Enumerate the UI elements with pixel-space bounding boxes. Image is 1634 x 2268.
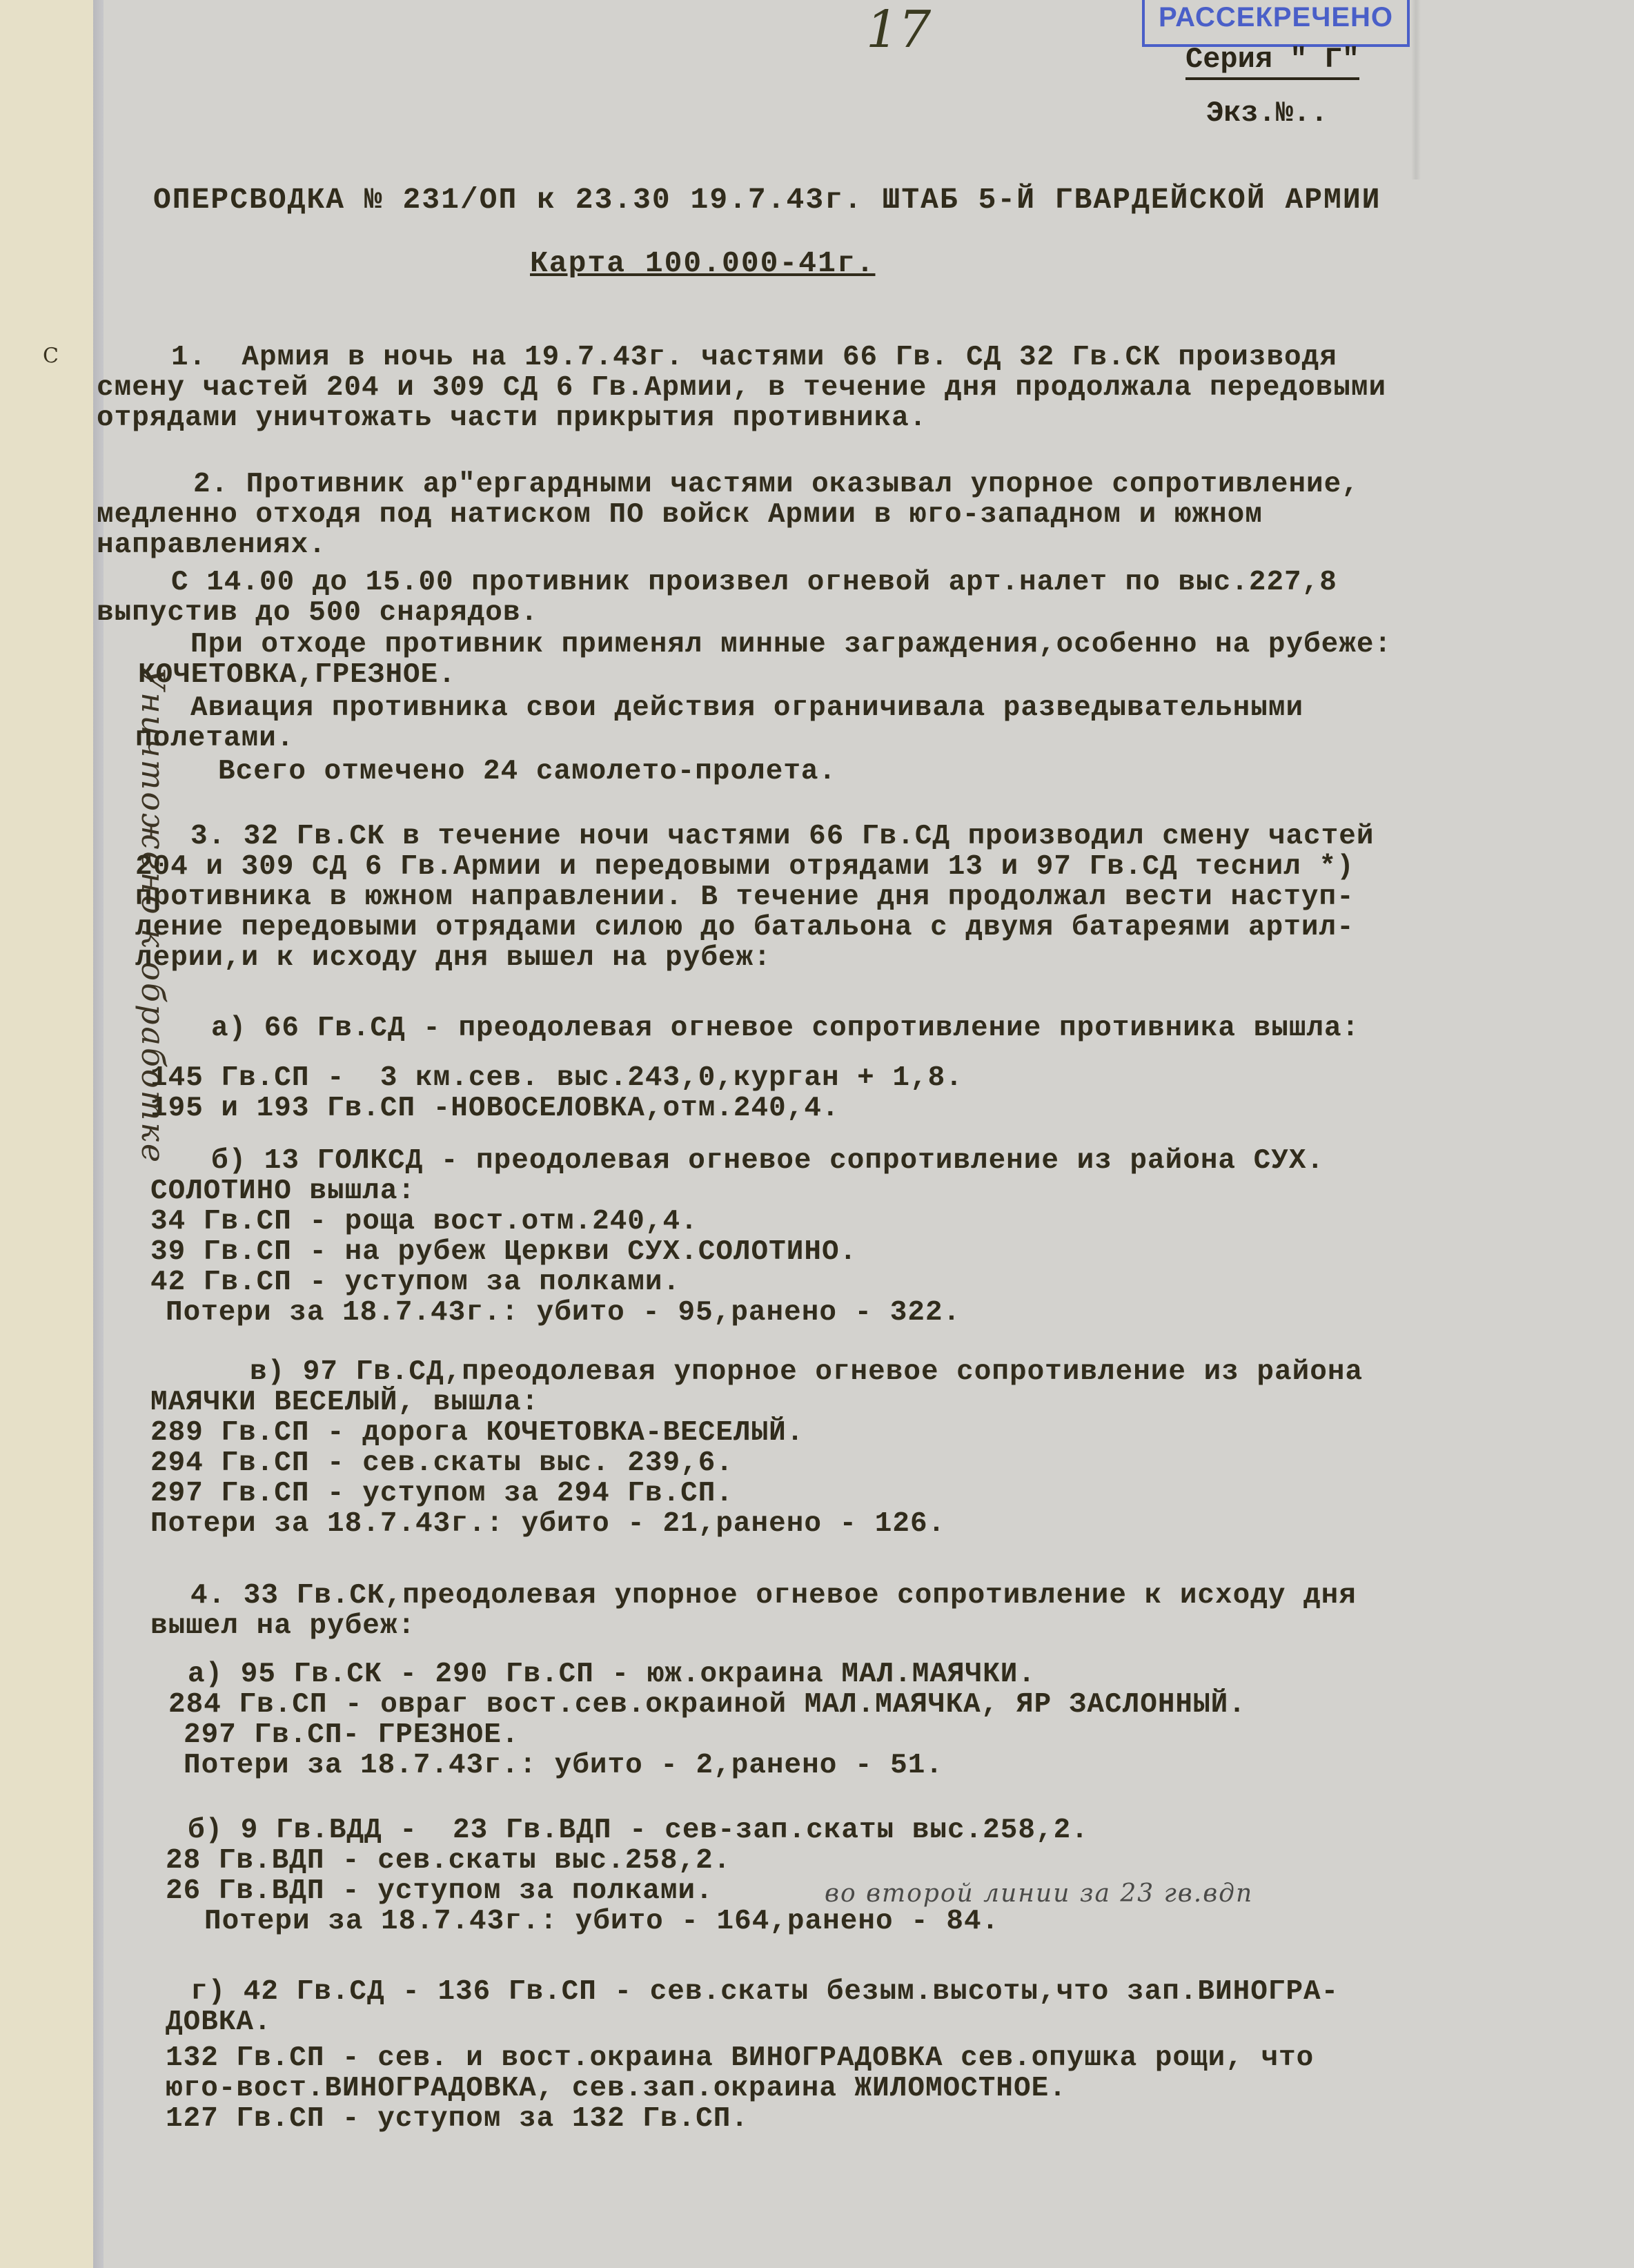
document-line: 1. Армия в ночь на 19.7.43г. частями 66 … <box>171 342 1337 373</box>
margin-letter: С <box>43 344 59 368</box>
document-line: направлениях. <box>97 530 326 560</box>
document-line: противника в южном направлении. В течени… <box>135 882 1355 912</box>
document-line: 39 Гв.СП - на рубеж Церкви СУХ.СОЛОТИНО. <box>150 1237 857 1267</box>
document-line: Потери за 18.7.43г.: убито - 2,ранено - … <box>184 1750 943 1781</box>
document-line: 284 Гв.СП - овраг вост.сев.окраиной МАЛ.… <box>168 1690 1246 1720</box>
series-label: Серия " Г" <box>1185 43 1359 80</box>
document-line: лерии,и к исходу дня вышел на рубеж: <box>135 943 771 973</box>
document-line: в) 97 Гв.СД,преодолевая упорное огневое … <box>250 1357 1363 1387</box>
document-line: Потери за 18.7.43г.: убито - 95,ранено -… <box>166 1298 961 1328</box>
handwritten-insert: во второй линии за 23 гв.вдп <box>825 1879 1253 1909</box>
document-line: г) 42 Гв.СД - 136 Гв.СП - сев.скаты безы… <box>190 1977 1339 2007</box>
document-line: б) 9 Гв.ВДД - 23 Гв.ВДП - сев-зап.скаты … <box>188 1815 1089 1846</box>
document-line: С 14.00 до 15.00 противник произвел огне… <box>171 567 1337 598</box>
document-line: 204 и 309 СД 6 Гв.Армии и передовыми отр… <box>135 852 1355 882</box>
handwritten-page-number: 17 <box>866 0 931 59</box>
declassified-stamp: РАССЕКРЕЧЕНО <box>1142 0 1410 47</box>
document-line: МАЯЧКИ ВЕСЕЛЫЙ, вышла: <box>150 1387 539 1418</box>
document-line: выпустив до 500 снарядов. <box>97 598 538 628</box>
binding-margin <box>0 0 93 2268</box>
document-line: Потери за 18.7.43г.: убито - 21,ранено -… <box>150 1509 945 1539</box>
document-line: 127 Гв.СП - уступом за 132 Гв.СП. <box>166 2104 749 2134</box>
document-line: ДОВКА. <box>166 2007 272 2037</box>
document-line: ление передовыми отрядами силою до батал… <box>135 912 1355 943</box>
copy-number: Экз.№.. <box>1206 97 1328 130</box>
document-line: юго-вост.ВИНОГРАДОВКА, сев.зап.окраина Ж… <box>166 2073 1067 2104</box>
document-line: Авиация противника свои действия огранич… <box>190 693 1303 723</box>
document-line: а) 66 Гв.СД - преодолевая огневое сопрот… <box>211 1013 1359 1044</box>
document-line: Потери за 18.7.43г.: убито - 164,ранено … <box>204 1906 999 1937</box>
document-line: 297 Гв.СП - уступом за 294 Гв.СП. <box>150 1478 734 1509</box>
document-line: 42 Гв.СП - уступом за полками. <box>150 1267 680 1298</box>
document-line: 2. Противник ар"ергардными частями оказы… <box>193 469 1359 500</box>
document-line: КОЧЕТОВКА,ГРЕЗНОЕ. <box>138 660 456 690</box>
paper-fold <box>1411 0 1421 179</box>
document-line: СОЛОТИНО вышла: <box>150 1176 415 1206</box>
document-line: смену частей 204 и 309 СД 6 Гв.Армии, в … <box>97 373 1386 403</box>
document-line: вышел на рубеж: <box>150 1611 415 1641</box>
document-line: 132 Гв.СП - сев. и вост.окраина ВИНОГРАД… <box>166 2043 1314 2073</box>
document-line: 28 Гв.ВДП - сев.скаты выс.258,2. <box>166 1846 731 1876</box>
document-line: 195 и 193 Гв.СП -НОВОСЕЛОВКА,отм.240,4. <box>150 1093 840 1124</box>
document-line: 34 Гв.СП - роща вост.отм.240,4. <box>150 1206 698 1237</box>
document-line: 26 Гв.ВДП - уступом за полками. <box>166 1876 713 1906</box>
document-line: б) 13 ГОЛКСД - преодолевая огневое сопро… <box>211 1146 1324 1176</box>
document-line: а) 95 Гв.СК - 290 Гв.СП - юж.окраина МАЛ… <box>188 1659 1036 1690</box>
document-line: отрядами уничтожать части прикрытия прот… <box>97 403 927 433</box>
document-line: 297 Гв.СП- ГРЕЗНОЕ. <box>184 1720 519 1750</box>
document-line: 294 Гв.СП - сев.скаты выс. 239,6. <box>150 1448 734 1478</box>
document-line: 289 Гв.СП - дорога КОЧЕТОВКА-ВЕСЕЛЫЙ. <box>150 1418 804 1448</box>
document-title: ОПЕРСВОДКА № 231/ОП к 23.30 19.7.43г. ШТ… <box>153 185 1381 215</box>
map-reference: Карта 100.000-41г. <box>530 248 875 279</box>
document-line: 4. 33 Гв.СК,преодолевая упорное огневое … <box>190 1581 1357 1611</box>
document-line: медленно отходя под натиском ПО войск Ар… <box>97 500 1263 530</box>
document-line: 145 Гв.СП - 3 км.сев. выс.243,0,курган +… <box>150 1063 963 1093</box>
document-line: 3. 32 Гв.СК в течение ночи частями 66 Гв… <box>190 821 1374 852</box>
document-line: полетами. <box>135 723 294 754</box>
document-line: Всего отмечено 24 самолето-пролета. <box>218 756 836 787</box>
document-line: При отходе противник применял минные заг… <box>190 629 1392 660</box>
